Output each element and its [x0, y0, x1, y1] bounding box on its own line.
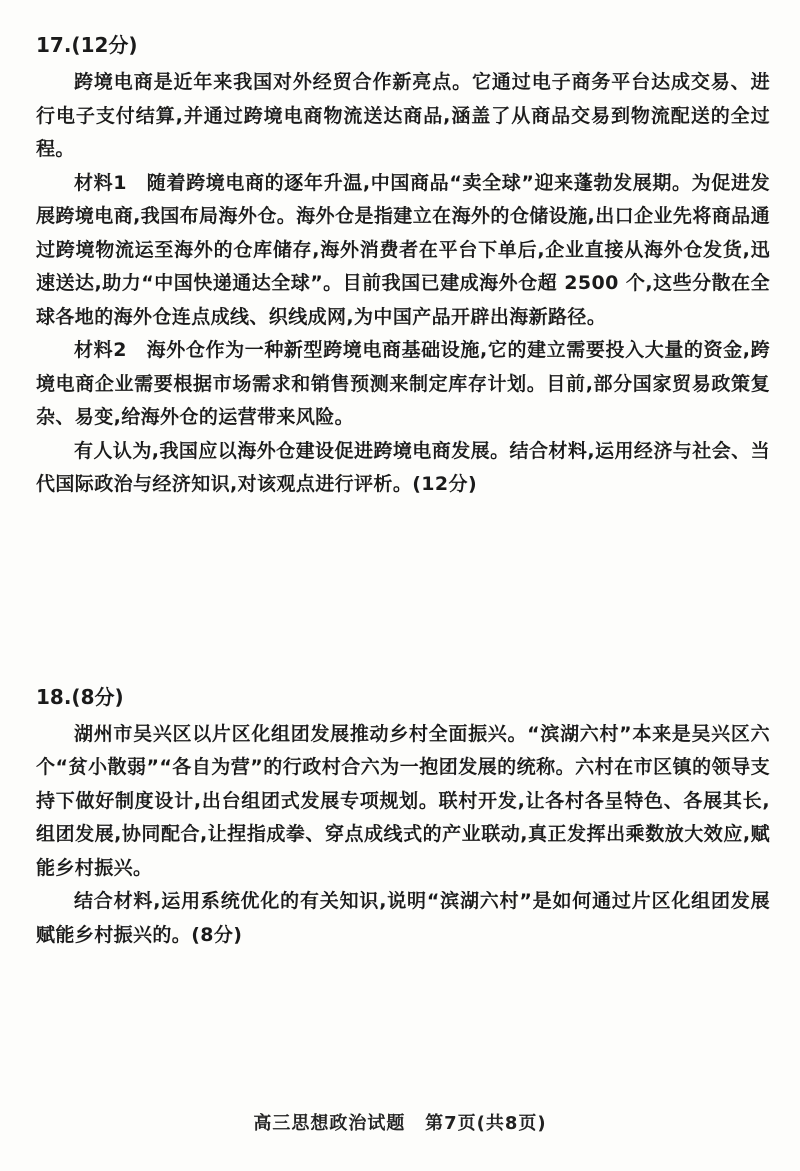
footer-exam-title: 高三思想政治试题 — [253, 1113, 405, 1134]
question-17-material-2: 材料2 海外仓作为一种新型跨境电商基础设施,它的建立需要投入大量的资金,跨境电商… — [36, 334, 770, 435]
answer-space-18 — [36, 952, 770, 1132]
exam-page: 17.(12分) 跨境电商是近年来我国对外经贸合作新亮点。它通过电子商务平台达成… — [0, 0, 800, 1171]
footer-page-number: 第7页(共8页) — [425, 1113, 547, 1134]
page-footer: 高三思想政治试题第7页(共8页) — [0, 1109, 800, 1135]
question-17-number: 17.(12分) — [36, 28, 770, 62]
question-18-number: 18.(8分) — [36, 680, 770, 714]
question-18-task: 结合材料,运用系统优化的有关知识,说明“滨湖六村”是如何通过片区化组团发展赋能乡… — [36, 885, 770, 952]
question-17-intro: 跨境电商是近年来我国对外经贸合作新亮点。它通过电子商务平台达成交易、进行电子支付… — [36, 66, 770, 167]
question-17: 17.(12分) 跨境电商是近年来我国对外经贸合作新亮点。它通过电子商务平台达成… — [36, 28, 770, 502]
question-18-intro: 湖州市吴兴区以片区化组团发展推动乡村全面振兴。“滨湖六村”本来是吴兴区六个“贫小… — [36, 718, 770, 886]
question-17-material-1: 材料1 随着跨境电商的逐年升温,中国商品“卖全球”迎来蓬勃发展期。为促进发展跨境… — [36, 167, 770, 335]
answer-space-17 — [36, 502, 770, 680]
question-17-task: 有人认为,我国应以海外仓建设促进跨境电商发展。结合材料,运用经济与社会、当代国际… — [36, 435, 770, 502]
question-18: 18.(8分) 湖州市吴兴区以片区化组团发展推动乡村全面振兴。“滨湖六村”本来是… — [36, 680, 770, 953]
